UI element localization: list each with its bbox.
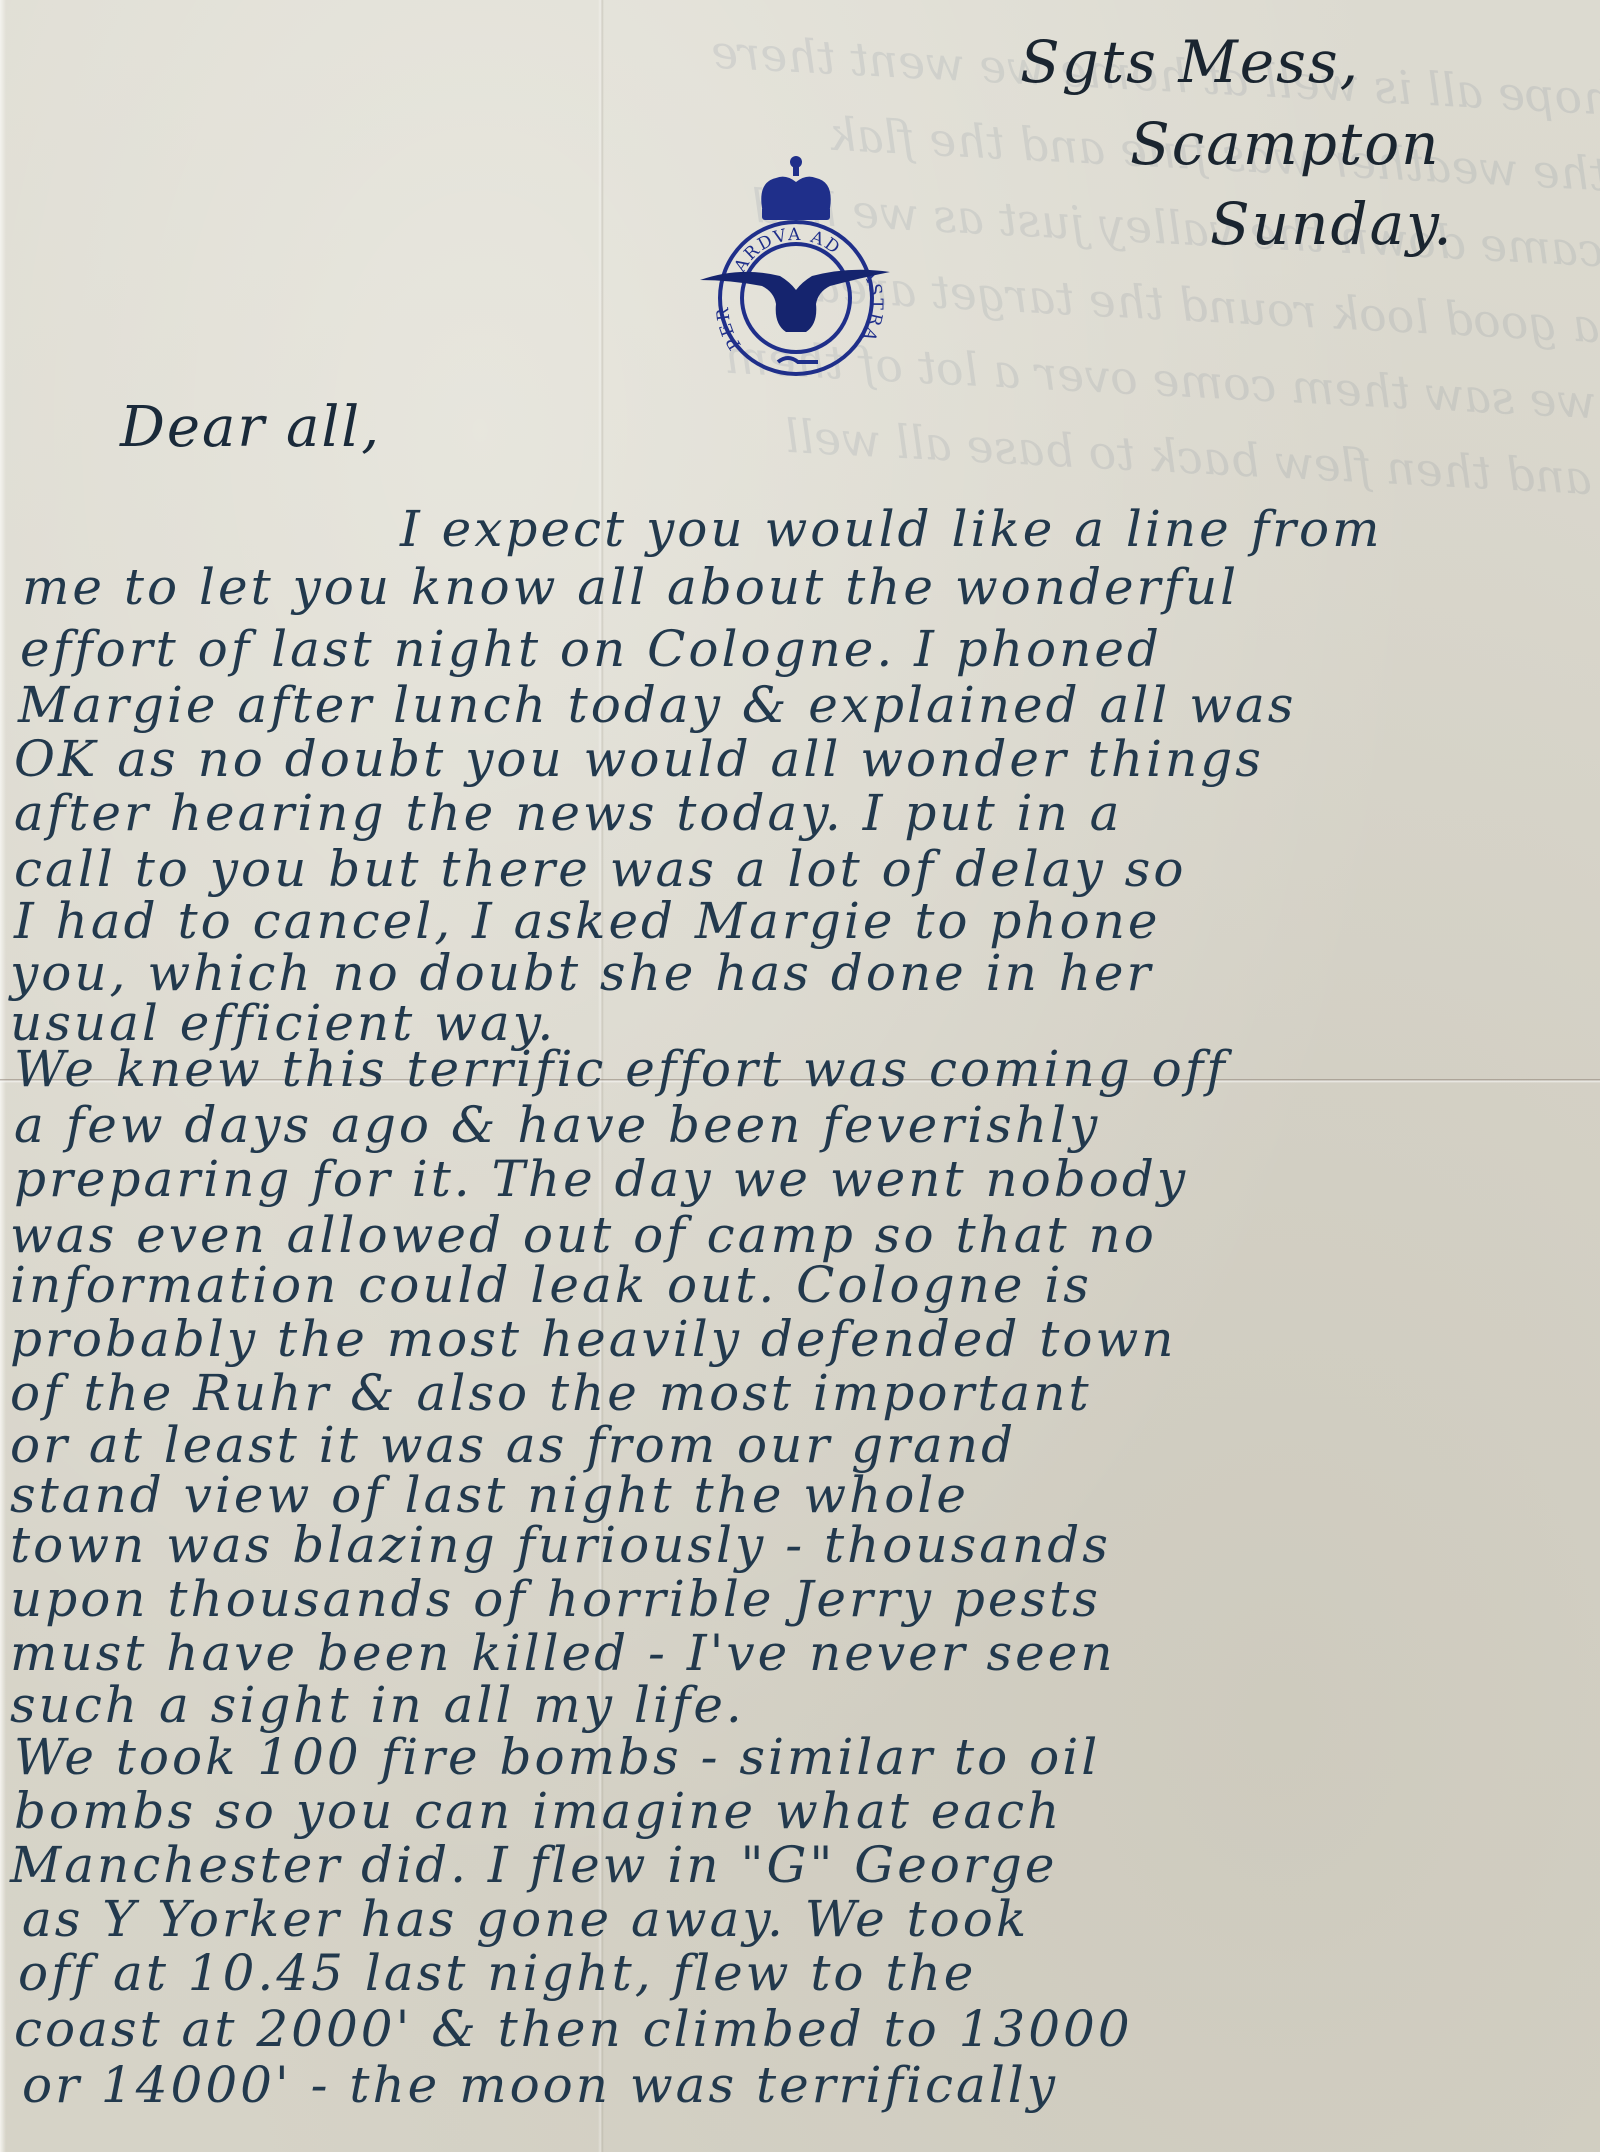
address-line-day: Sunday. — [1210, 190, 1454, 258]
letter-page: hope all is well at home we went there t… — [0, 0, 1600, 2152]
letter-line: must have been killed - I've never seen — [10, 1624, 1600, 1684]
letter-line: information could leak out. Cologne is — [10, 1256, 1600, 1316]
letter-line: a few days ago & have been feverishly — [14, 1096, 1600, 1156]
letter-line: or 14000' - the moon was terrifically — [22, 2056, 1600, 2116]
crest-motto-left: PER — [713, 305, 746, 353]
salutation: Dear all, — [120, 395, 381, 460]
letter-line: Manchester did. I flew in "G" George — [10, 1836, 1600, 1896]
letter-line: We took 100 fire bombs - similar to oil — [14, 1728, 1600, 1788]
letter-line: town was blazing furiously - thousands — [10, 1516, 1600, 1576]
letter-line: effort of last night on Cologne. I phone… — [20, 620, 1600, 680]
letter-line: of the Ruhr & also the most important — [10, 1364, 1600, 1424]
letter-line: bombs so you can imagine what each — [14, 1782, 1600, 1842]
letter-line: call to you but there was a lot of delay… — [14, 840, 1600, 900]
svg-text:PER: PER — [713, 305, 746, 353]
letter-line: off at 10.45 last night, flew to the — [18, 1944, 1600, 2004]
letter-line: me to let you know all about the wonderf… — [22, 558, 1600, 618]
letter-line: coast at 2000' & then climbed to 13000 — [14, 2000, 1600, 2060]
letter-line: preparing for it. The day we went nobody — [14, 1150, 1600, 1210]
letter-line: I had to cancel, I asked Margie to phone — [14, 892, 1600, 952]
letter-line: We knew this terrific effort was coming … — [14, 1040, 1600, 1100]
raf-crest-icon: ARDVA AD PER ASTRA — [700, 148, 890, 388]
letter-line: OK as no doubt you would all wonder thin… — [14, 730, 1600, 790]
address-line-station: Scampton — [1130, 110, 1441, 178]
letter-line: as Y Yorker has gone away. We took — [22, 1890, 1600, 1950]
letter-line: upon thousands of horrible Jerry pests — [10, 1570, 1600, 1630]
letter-line: Margie after lunch today & explained all… — [18, 676, 1600, 736]
letter-line: such a sight in all my life. — [10, 1676, 1600, 1736]
paper-edge — [0, 0, 6, 2152]
crest-motto-top: ARDVA AD — [730, 225, 845, 277]
letter-line: I expect you would like a line from — [400, 500, 1600, 560]
letter-line: after hearing the news today. I put in a — [14, 784, 1600, 844]
letter-line: probably the most heavily defended town — [10, 1310, 1600, 1370]
address-line-mess: Sgts Mess, — [1020, 28, 1360, 96]
svg-text:ARDVA AD: ARDVA AD — [730, 225, 845, 277]
